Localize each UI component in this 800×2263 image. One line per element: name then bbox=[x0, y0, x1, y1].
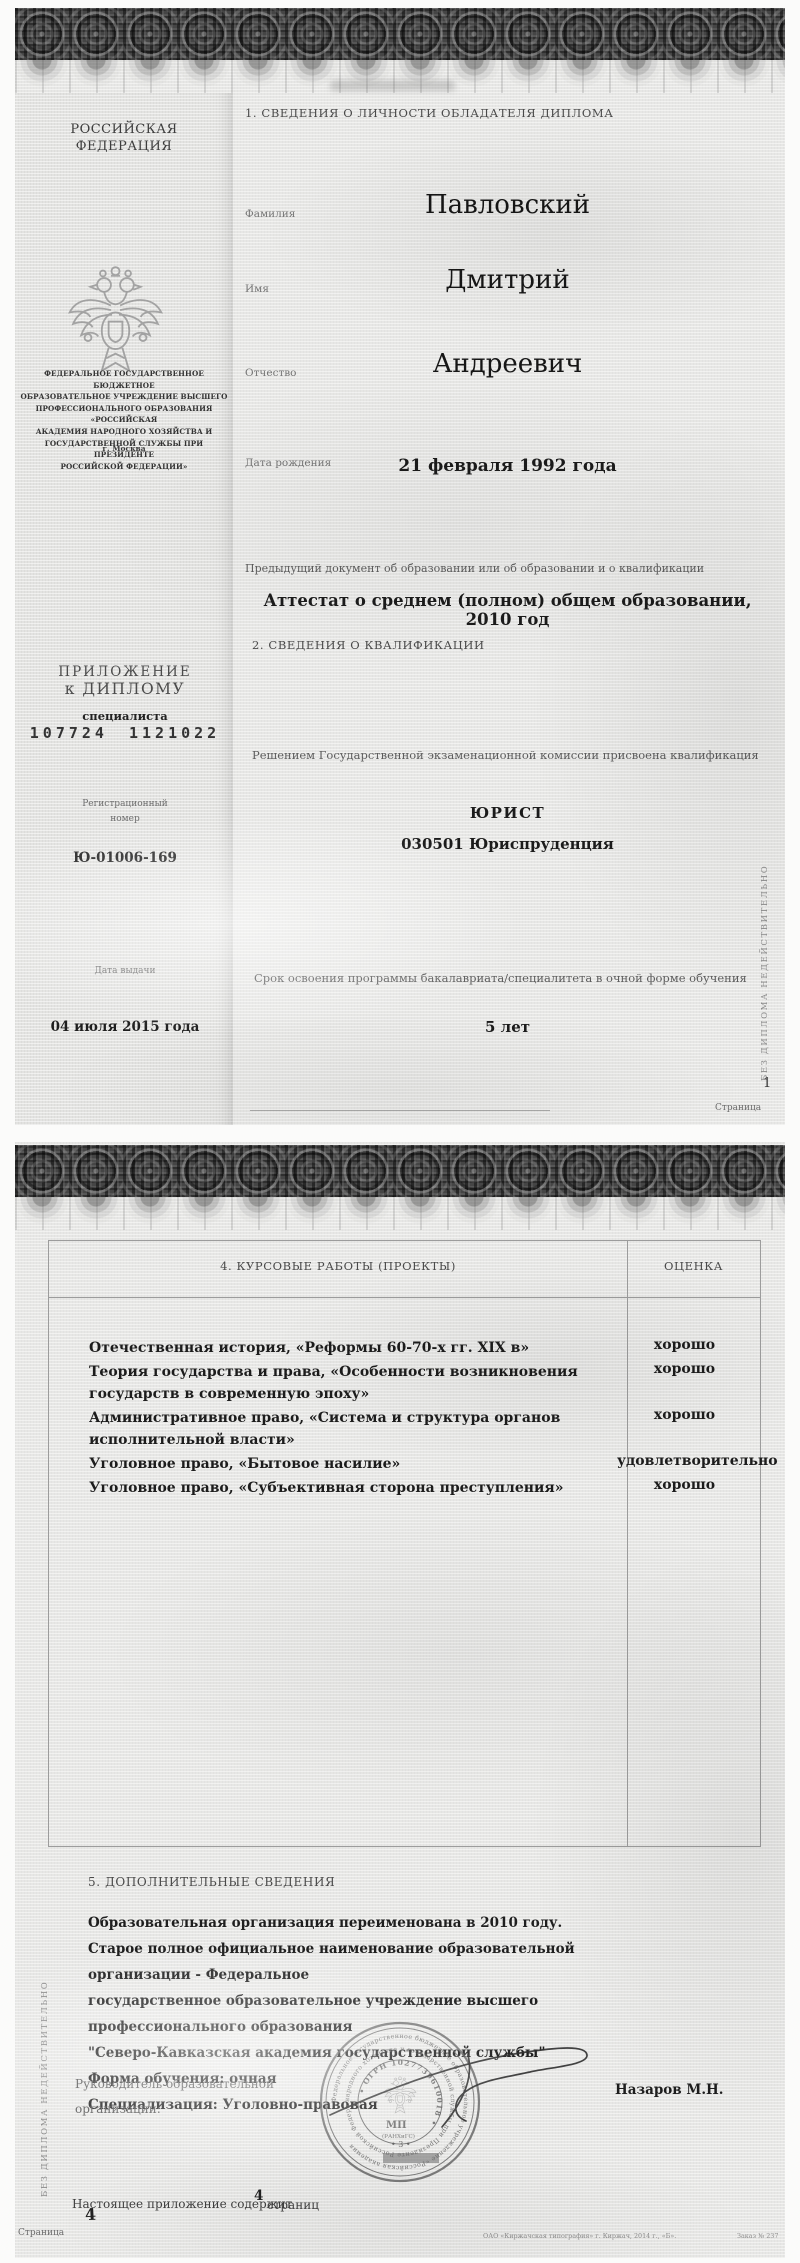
handwritten-page-number: 4 bbox=[85, 2205, 97, 2225]
head-of-organization-label: Руководитель образовательной организации… bbox=[75, 2072, 305, 2122]
section1-heading: 1. СВЕДЕНИЯ О ЛИЧНОСТИ ОБЛАДАТЕЛЯ ДИПЛОМ… bbox=[245, 106, 614, 120]
institution-name-line: ФЕДЕРАЛЬНОЕ ГОСУДАРСТВЕННОЕ БЮДЖЕТНОЕ bbox=[17, 368, 231, 391]
stamp-mp-mark: МП bbox=[386, 2120, 407, 2131]
course-grade: хорошо bbox=[617, 1477, 752, 1493]
pages-word: страниц bbox=[267, 2198, 319, 2212]
patronymic-value: Андреевич bbox=[240, 349, 775, 379]
country-name: РОССИЙСКАЯ ФЕДЕРАЦИЯ bbox=[25, 121, 223, 155]
coursework-table: 4. КУРСОВЫЕ РАБОТЫ (ПРОЕКТЫ) ОЦЕНКА Отеч… bbox=[48, 1240, 761, 1847]
stamp-bottom-banner bbox=[383, 2153, 439, 2163]
additional-info-line: Старое полное официальное наименование о… bbox=[88, 1936, 668, 1988]
supplement-title-line1: ПРИЛОЖЕНИЕ bbox=[25, 664, 225, 680]
guilloche-band bbox=[15, 8, 785, 60]
previous-document-value: Аттестат о среднем (полном) общем образо… bbox=[240, 591, 775, 629]
registration-number: Ю-01006-169 bbox=[25, 850, 225, 866]
coursework-heading: 4. КУРСОВЫЕ РАБОТЫ (ПРОЕКТЫ) bbox=[49, 1259, 627, 1273]
course-grade: удовлетворительно bbox=[617, 1453, 752, 1469]
official-round-stamp: Федеральное государственное бюджетное об… bbox=[290, 1995, 610, 2207]
stamp-number: • 3 • bbox=[391, 2140, 411, 2149]
faint-rule bbox=[250, 1110, 550, 1111]
faded-ink-smudge bbox=[330, 80, 455, 91]
head-of-organization-name: Назаров М.Н. bbox=[615, 2082, 724, 2098]
printer-imprint: ОАО «Киржачская типография» г. Киржач, 2… bbox=[483, 2232, 676, 2240]
surname-value: Павловский bbox=[240, 190, 775, 220]
pages-count-value: 4 bbox=[254, 2188, 263, 2204]
course-grade: хорошо bbox=[617, 1337, 752, 1353]
page-1: РОССИЙСКАЯ ФЕДЕРАЦИЯ ФЕДЕРАЛЬНОЕ ГОСУДАР… bbox=[15, 8, 785, 1125]
page-number-label: Страница bbox=[715, 1103, 761, 1113]
section5-heading: 5. ДОПОЛНИТЕЛЬНЫЕ СВЕДЕНИЯ bbox=[88, 1875, 335, 1889]
course-title: Уголовное право, «Субъективная сторона п… bbox=[89, 1477, 586, 1499]
watermark-vertical-text: БЕЗ ДИПЛОМА НЕДЕЙСТВИТЕЛЬНО bbox=[40, 1935, 50, 2197]
table-row: Административное право, «Система и струк… bbox=[89, 1407, 752, 1451]
table-column-divider bbox=[627, 1241, 628, 1846]
table-row: Теория государства и права, «Особенности… bbox=[89, 1361, 752, 1405]
program-duration-label: Срок освоения программы бакалавриата/спе… bbox=[254, 971, 747, 985]
diploma-supplement-scan: РОССИЙСКАЯ ФЕДЕРАЦИЯ ФЕДЕРАЛЬНОЕ ГОСУДАР… bbox=[0, 0, 800, 2263]
watermark-vertical-text: БЕЗ ДИПЛОМА НЕДЕЙСТВИТЕЛЬНО bbox=[760, 853, 770, 1081]
course-grade: хорошо bbox=[617, 1361, 752, 1377]
issue-date-label: Дата выдачи bbox=[25, 966, 225, 976]
program-duration-value: 5 лет bbox=[240, 1018, 775, 1036]
supplement-type: специалиста bbox=[25, 709, 225, 723]
institution-city: г. Москва bbox=[17, 444, 231, 453]
table-row: Уголовное право, «Бытовое насилие» удовл… bbox=[89, 1453, 752, 1475]
course-title: Уголовное право, «Бытовое насилие» bbox=[89, 1453, 586, 1475]
institution-name-line: АКАДЕМИЯ НАРОДНОГО ХОЗЯЙСТВА И bbox=[17, 426, 231, 438]
birthdate-value: 21 февраля 1992 года bbox=[240, 456, 775, 476]
issue-date-value: 04 июля 2015 года bbox=[25, 1019, 225, 1035]
page-number-label: Страница bbox=[18, 2228, 64, 2238]
registration-number-label: Регистрационный номер bbox=[25, 797, 225, 827]
course-grade: хорошо bbox=[617, 1407, 752, 1423]
institution-name: ФЕДЕРАЛЬНОЕ ГОСУДАРСТВЕННОЕ БЮДЖЕТНОЕОБР… bbox=[17, 368, 231, 472]
stamp-abbreviation: (РАНХиГС) bbox=[382, 2133, 415, 2140]
page-2: 4. КУРСОВЫЕ РАБОТЫ (ПРОЕКТЫ) ОЦЕНКА Отеч… bbox=[15, 1142, 785, 2258]
course-title: Административное право, «Система и струк… bbox=[89, 1407, 586, 1451]
qualification-decision-text: Решением Государственной экзаменационной… bbox=[252, 748, 759, 762]
previous-document-label: Предыдущий документ об образовании или о… bbox=[245, 562, 704, 575]
institution-name-line: ПРОФЕССИОНАЛЬНОГО ОБРАЗОВАНИЯ «РОССИЙСКА… bbox=[17, 403, 231, 426]
page-number: 1 bbox=[763, 1076, 771, 1091]
print-order-number: Заказ № 237 bbox=[737, 2232, 778, 2240]
table-header-divider bbox=[49, 1297, 760, 1298]
guilloche-band bbox=[15, 1145, 785, 1197]
stamp-ring-text-outer: Федеральное государственное бюджетное об… bbox=[331, 2033, 469, 2171]
institution-name-line: РОССИЙСКОЙ ФЕДЕРАЦИИ» bbox=[17, 461, 231, 473]
course-title: Теория государства и права, «Особенности… bbox=[89, 1361, 586, 1405]
section2-heading: 2. СВЕДЕНИЯ О КВАЛИФИКАЦИИ bbox=[252, 638, 485, 652]
course-title: Отечественная история, «Реформы 60-70-х … bbox=[89, 1337, 586, 1359]
firstname-value: Дмитрий bbox=[240, 265, 775, 295]
coursework-rows: Отечественная история, «Реформы 60-70-х … bbox=[89, 1337, 752, 1501]
svg-text:Федеральное государственное бю: Федеральное государственное бюджетное об… bbox=[331, 2033, 469, 2171]
guilloche-fringe bbox=[15, 1197, 785, 1230]
grade-column-header: ОЦЕНКА bbox=[627, 1259, 760, 1273]
table-row: Отечественная история, «Реформы 60-70-х … bbox=[89, 1337, 752, 1359]
qualification-value: ЮРИСТ bbox=[240, 804, 775, 822]
specialty-value: 030501 Юриспруденция bbox=[240, 835, 775, 853]
supplement-title-line2: к ДИПЛОМУ bbox=[25, 680, 225, 698]
form-number: 107724 1121022 bbox=[25, 724, 225, 742]
institution-name-line: ОБРАЗОВАТЕЛЬНОЕ УЧРЕЖДЕНИЕ ВЫСШЕГО bbox=[17, 391, 231, 403]
table-row: Уголовное право, «Субъективная сторона п… bbox=[89, 1477, 752, 1499]
additional-info-line: Образовательная организация переименован… bbox=[88, 1910, 668, 1936]
